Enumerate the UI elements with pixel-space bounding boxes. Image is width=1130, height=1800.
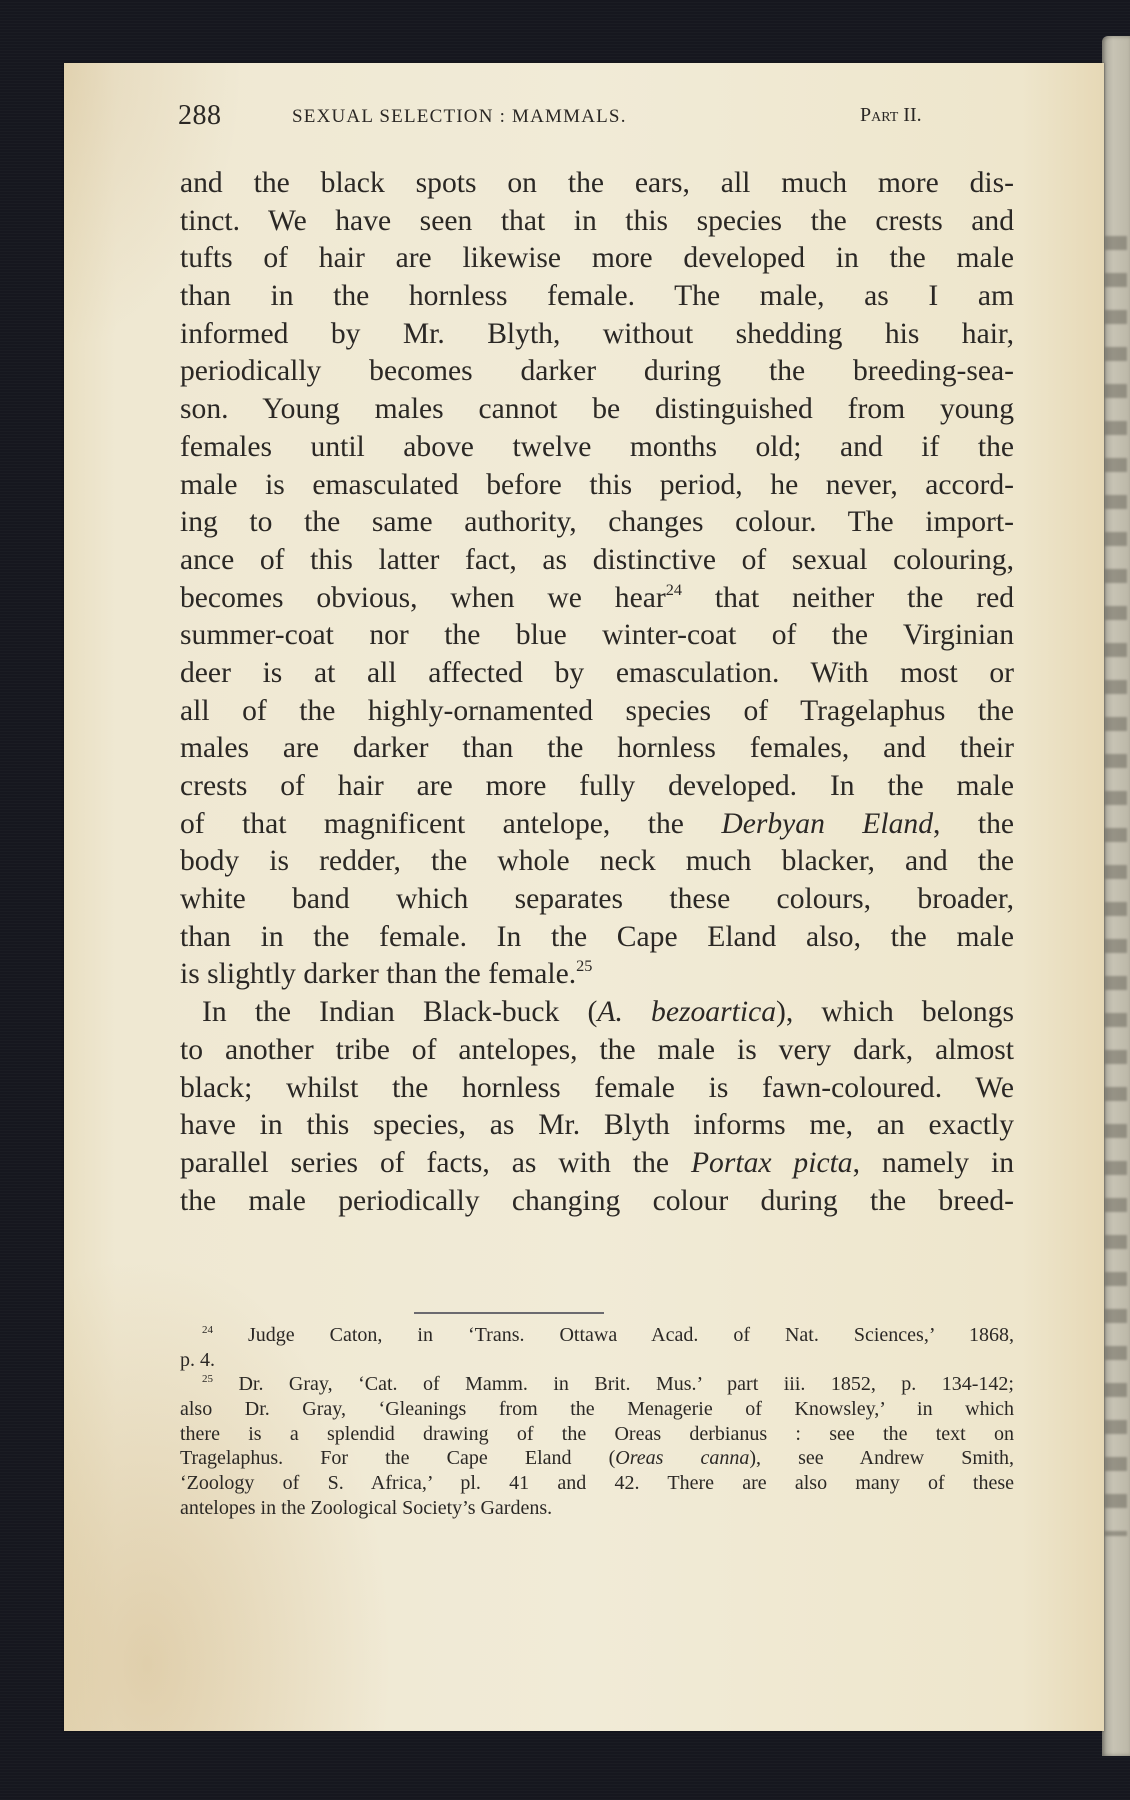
text-line: tinct. We have seen that in this species… <box>180 203 1014 241</box>
text-line: females until above twelve months old; a… <box>180 429 1014 467</box>
text-line: than in the female. In the Cape Eland al… <box>180 919 1014 957</box>
text-line: white band which separates these colours… <box>180 881 1014 919</box>
footnote-line: ‘Zoology of S. Africa,’ pl. 41 and 42. T… <box>180 1471 1014 1496</box>
species-name: Oreas canna <box>615 1447 749 1469</box>
text-line: black; whilst the hornless female is faw… <box>180 1070 1014 1108</box>
footnote-line: antelopes in the Zoological Society’s Ga… <box>180 1496 1014 1521</box>
footnote-ref-24[interactable]: 24 <box>666 579 682 598</box>
text-line: ing to the same authority, changes colou… <box>180 504 1014 542</box>
text-line: the male periodically changing colour du… <box>180 1183 1014 1221</box>
text-line: have in this species, as Mr. Blyth infor… <box>180 1107 1014 1145</box>
footnote-25: 25 Dr. Gray, ‘Cat. of Mamm. in Brit. Mus… <box>180 1372 1014 1397</box>
footnote-line: also Dr. Gray, ‘Gleanings from the Menag… <box>180 1397 1014 1422</box>
text-line: deer is at all affected by emasculation.… <box>180 655 1014 693</box>
page-number: 288 <box>178 100 222 132</box>
body-text: and the black spots on the ears, all muc… <box>180 165 1014 1220</box>
text-line: tufts of hair are likewise more develope… <box>180 240 1014 278</box>
species-name: A. bezoartica <box>597 996 776 1028</box>
adjacent-page-edge <box>1102 36 1130 1756</box>
text-line: males are darker than the hornless femal… <box>180 730 1014 768</box>
footnote-line: there is a splendid drawing of the Oreas… <box>180 1422 1014 1447</box>
text-line: ance of this latter fact, as distinctive… <box>180 542 1014 580</box>
footnote-ref-25[interactable]: 25 <box>576 956 592 975</box>
text-line-with-italic: of that magnificent antelope, the Derbya… <box>180 806 1014 844</box>
footnotes: 24 Judge Caton, in ‘Trans. Ottawa Acad. … <box>180 1323 1014 1521</box>
text-line: male is emasculated before this period, … <box>180 467 1014 505</box>
text-line: than in the hornless female. The male, a… <box>180 278 1014 316</box>
running-title: SEXUAL SELECTION : MAMMALS. <box>292 106 627 128</box>
text-line: summer-coat nor the blue winter-coat of … <box>180 617 1014 655</box>
species-name: Derbyan Eland <box>721 808 933 840</box>
footnote-number: 24 <box>202 1324 213 1336</box>
text-line: informed by Mr. Blyth, without shedding … <box>180 316 1014 354</box>
species-name: Portax picta <box>691 1147 853 1179</box>
text-line: periodically becomes darker during the b… <box>180 353 1014 391</box>
text-line: crests of hair are more fully developed.… <box>180 768 1014 806</box>
bleed-through-text <box>1105 236 1127 1536</box>
text-line: body is redder, the whole neck much blac… <box>180 843 1014 881</box>
text-line: to another tribe of antelopes, the male … <box>180 1032 1014 1070</box>
footnote-24: 24 Judge Caton, in ‘Trans. Ottawa Acad. … <box>180 1323 1014 1348</box>
text-line-with-footnote-ref: becomes obvious, when we hear24 that nei… <box>180 580 1014 618</box>
text-line: and the black spots on the ears, all muc… <box>180 165 1014 203</box>
text-line-with-italic: parallel series of facts, as with the Po… <box>180 1145 1014 1183</box>
running-header: 288 SEXUAL SELECTION : MAMMALS. Part II. <box>178 100 1018 140</box>
text-line-with-footnote-ref: is slightly darker than the female.25 <box>180 956 1014 994</box>
part-label: Part II. <box>860 104 922 127</box>
footnote-line: p. 4. <box>180 1348 1014 1373</box>
paragraph-start-line: In the Indian Black-buck (A. bezoartica)… <box>180 994 1014 1032</box>
footnote-number: 25 <box>202 1373 213 1385</box>
footnote-line: Tragelaphus. For the Cape Eland (Oreas c… <box>180 1446 1014 1471</box>
text-line: son. Young males cannot be distinguished… <box>180 391 1014 429</box>
footnote-divider <box>414 1312 604 1314</box>
text-line: all of the highly-ornamented species of … <box>180 693 1014 731</box>
